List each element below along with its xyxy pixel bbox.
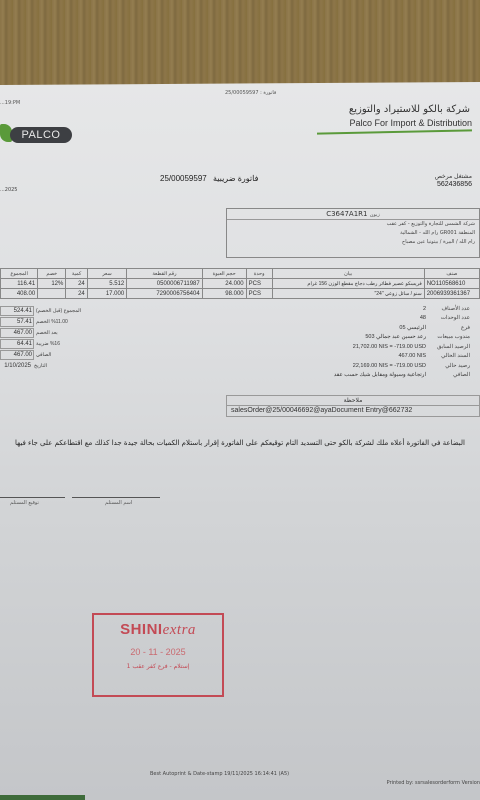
signature-label: توقيع المستلم [10, 500, 39, 506]
total-row: 524.41المجموع (قبل الخصم) [0, 305, 100, 316]
customer-label: مشتغل مرخص [435, 173, 472, 180]
stamp-date: 20 - 11 - 2025 [94, 647, 222, 657]
customer-line: المنطقة GR001 رام الله - الشمالية [227, 229, 479, 238]
table-row: 116.41 12% 24 5.512 0500006711987 24.000… [1, 279, 480, 289]
invoice-title: 25/00059597 فاتورة ضريبية [160, 174, 258, 183]
net-row: 467.00الصافي [0, 349, 100, 360]
footer-version: Printed by: ssrsalesorderform Version [387, 780, 480, 786]
print-time-fragment: ...19:PM [0, 100, 20, 106]
invoice-date-fragment: ...2025 [0, 187, 18, 193]
customer-line: شركة الشمس للتجارة والتوزيع - كفر عقب [227, 220, 479, 229]
totals-block: 524.41المجموع (قبل الخصم) 57.41%11.00 ال… [0, 305, 100, 371]
green-edge-strip [0, 795, 85, 800]
footer-print-info: Best Autoprint & Date-stamp 19/11/2025 1… [150, 771, 289, 777]
invoice-number: 25/00059597 [160, 174, 207, 183]
company-name-english: Palco For Import & Distribution [349, 118, 472, 128]
summary-row: 05 الرئيسيفرع [240, 323, 470, 333]
after-discount-row: 467.00بعد الخصم [0, 327, 100, 338]
ownership-disclaimer: البضاعة في الفاتورة أعلاه ملك لشركة بالك… [0, 437, 480, 449]
name-line [72, 497, 160, 498]
notes-label: ملاحظة [226, 395, 480, 406]
items-table: المجموع خصم كمية سعر رقم القطعة حجم العب… [0, 268, 480, 299]
date-row: 1/10/2025التاريخ [0, 360, 100, 371]
received-stamp: SHINIextra 20 - 11 - 2025 إستلام - فرع ك… [92, 613, 224, 697]
invoice-title-arabic: فاتورة ضريبية [213, 174, 258, 183]
customer-tax-number: 562436856 [437, 181, 472, 188]
tax-row: 64.41%16 ضريبة [0, 338, 100, 349]
summary-row: 2عدد الأصناف [240, 304, 470, 314]
summary-row: 22,169.00 NIS = -719.00 USDرصيد حالي [240, 361, 470, 371]
stamp-brand: SHINIextra [94, 621, 222, 639]
summary-row: ارتجاعية وسيولة ومقابل شيك حسب عقدالصافي [240, 371, 470, 381]
summary-row: 503 رعد حسين عبد جماليمندوب مبيعات [240, 333, 470, 343]
customer-code: C3647A1R1 زبون [227, 209, 479, 220]
notes-box: ملاحظة salesOrder@25/00046692@ayaDocumen… [226, 395, 480, 417]
customer-box: C3647A1R1 زبون شركة الشمس للتجارة والتوز… [226, 208, 480, 258]
summary-row: 21,702.00 NIS = -719.00 USDالرصيد السابق [240, 342, 470, 352]
logo-text: PALCO [10, 127, 72, 143]
palco-logo: PALCO [0, 124, 72, 146]
notes-value: salesOrder@25/00046692@ayaDocument Entry… [226, 406, 480, 417]
discount-row: 57.41%11.00 الخصم [0, 316, 100, 327]
top-invoice-ref: 25/00059597 : فاتورة [225, 90, 276, 96]
recipient-name-label: اسم المستلم [105, 500, 132, 506]
table-row: 408.00 24 17.000 7290006756404 98.000 PC… [1, 289, 480, 299]
summary-row: 48عدد الوحدات [240, 314, 470, 324]
table-header-row: المجموع خصم كمية سعر رقم القطعة حجم العب… [1, 269, 480, 279]
summary-row: 467.00 NISالسند الحالي [240, 352, 470, 362]
summary-block: 2عدد الأصناف 48عدد الوحدات 05 الرئيسيفرع… [240, 304, 470, 380]
signature-line [0, 497, 65, 498]
stamp-subtitle: إستلام - فرع كفر عقب 1 [94, 663, 222, 670]
customer-line: رام الله / البيرة / بيتونيا عين مصباح [227, 238, 479, 247]
company-name-arabic: شركة بالكو للاستيراد والتوزيع [349, 104, 470, 115]
